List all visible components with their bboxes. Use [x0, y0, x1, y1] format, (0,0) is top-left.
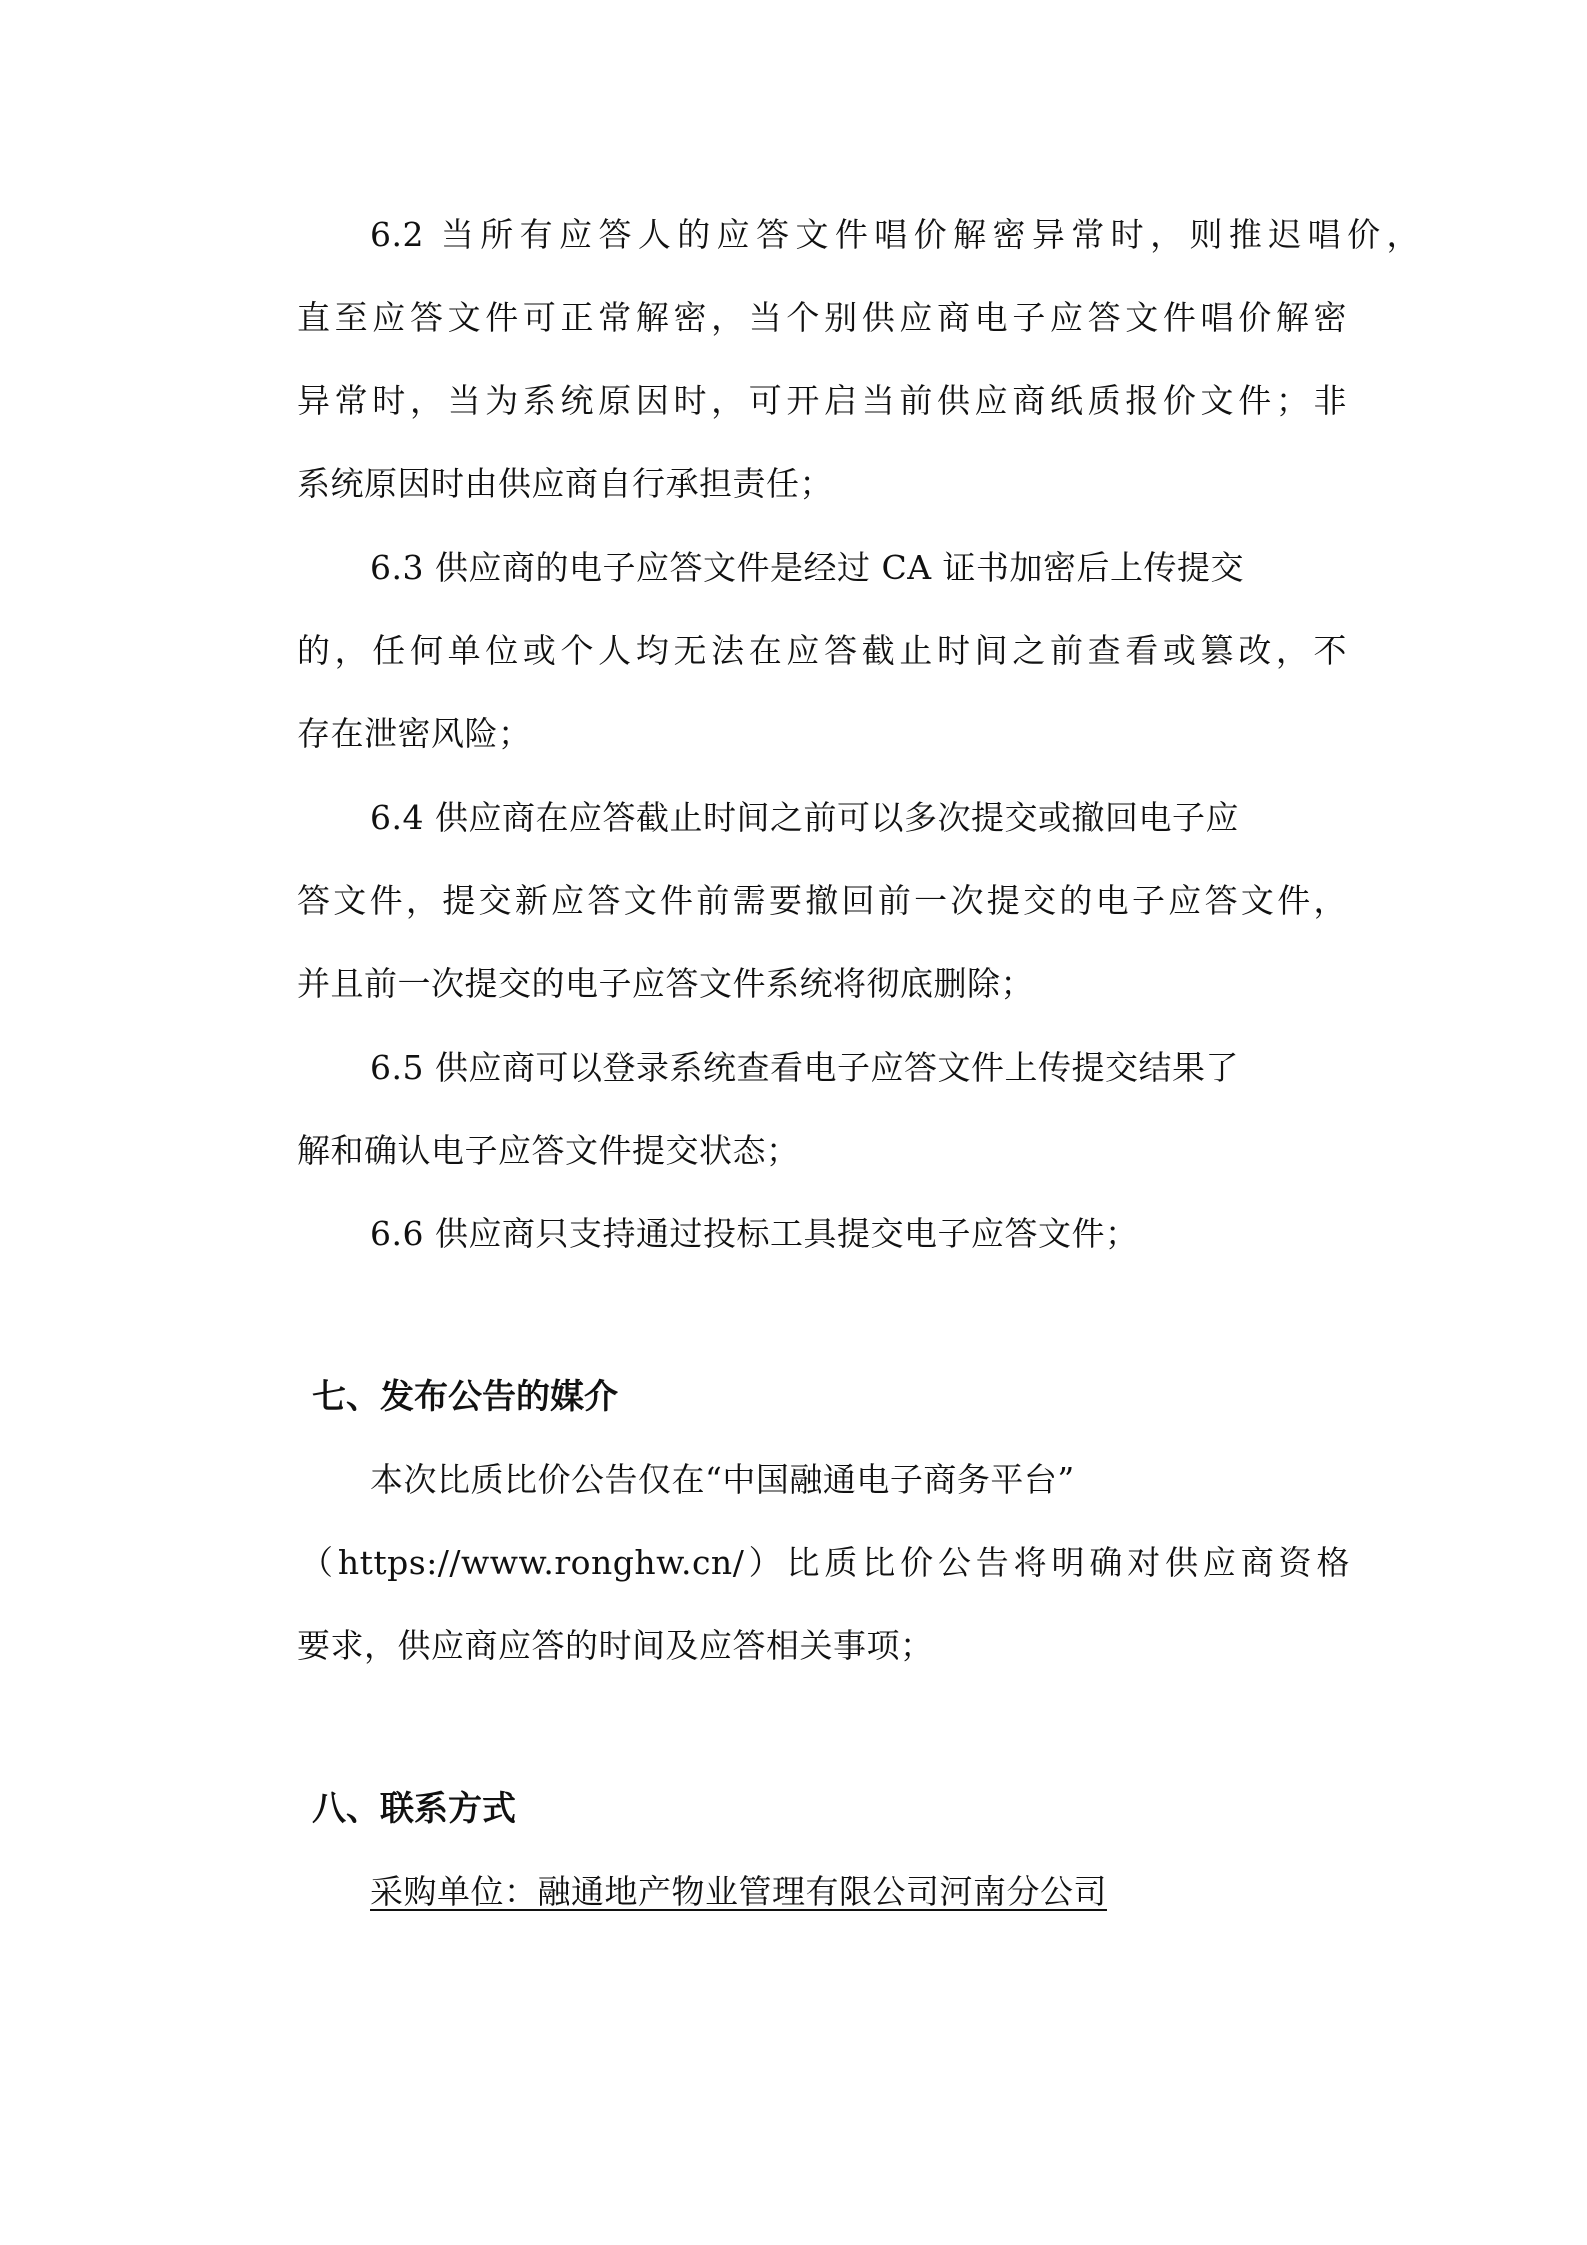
paragraph-6-2-line-2: 直至应答文件可正常解密，当个别供应商电子应答文件唱价解密: [297, 296, 1347, 340]
paragraph-6-4-line-3: 并且前一次提交的电子应答文件系统将彻底删除；: [297, 962, 1347, 1006]
section-7-line-1: 本次比质比价公告仅在“中国融通电子商务平台”: [370, 1458, 1420, 1502]
paragraph-6-5-line-2: 解和确认电子应答文件提交状态；: [297, 1129, 1347, 1173]
paragraph-6-2-line-3: 异常时，当为系统原因时，可开启当前供应商纸质报价文件；非: [297, 379, 1347, 423]
document-page: 6.2 当所有应答人的应答文件唱价解密异常时，则推迟唱价， 直至应答文件可正常解…: [0, 0, 1587, 2245]
purchaser-label: 采购单位：: [370, 1872, 538, 1911]
paragraph-6-3-line-1: 6.3 供应商的电子应答文件是经过 CA 证书加密后上传提交: [370, 546, 1330, 590]
section-7-line-2: （https://www.ronghw.cn/）比质比价公告将明确对供应商资格: [300, 1541, 1350, 1585]
paragraph-6-2-line-4: 系统原因时由供应商自行承担责任；: [297, 462, 1347, 506]
paragraph-6-6-line-1: 6.6 供应商只支持通过投标工具提交电子应答文件；: [370, 1212, 1420, 1256]
section-8-heading: 八、联系方式: [312, 1787, 516, 1831]
paragraph-6-3-line-3: 存在泄密风险；: [297, 712, 1347, 756]
section-7-line-3: 要求，供应商应答的时间及应答相关事项；: [297, 1624, 1347, 1668]
purchaser-line: 采购单位：融通地产物业管理有限公司河南分公司: [370, 1870, 1420, 1914]
paragraph-6-3-line-2: 的，任何单位或个人均无法在应答截止时间之前查看或篡改，不: [297, 629, 1347, 673]
paragraph-6-4-line-1: 6.4 供应商在应答截止时间之前可以多次提交或撤回电子应: [370, 796, 1346, 840]
section-7-heading: 七、发布公告的媒介: [312, 1375, 618, 1419]
paragraph-6-2-line-1: 6.2 当所有应答人的应答文件唱价解密异常时，则推迟唱价，: [370, 213, 1420, 257]
purchaser-value: 融通地产物业管理有限公司河南分公司: [538, 1872, 1108, 1911]
paragraph-6-4-line-2: 答文件，提交新应答文件前需要撤回前一次提交的电子应答文件，: [297, 879, 1347, 923]
paragraph-6-5-line-1: 6.5 供应商可以登录系统查看电子应答文件上传提交结果了: [370, 1046, 1346, 1090]
